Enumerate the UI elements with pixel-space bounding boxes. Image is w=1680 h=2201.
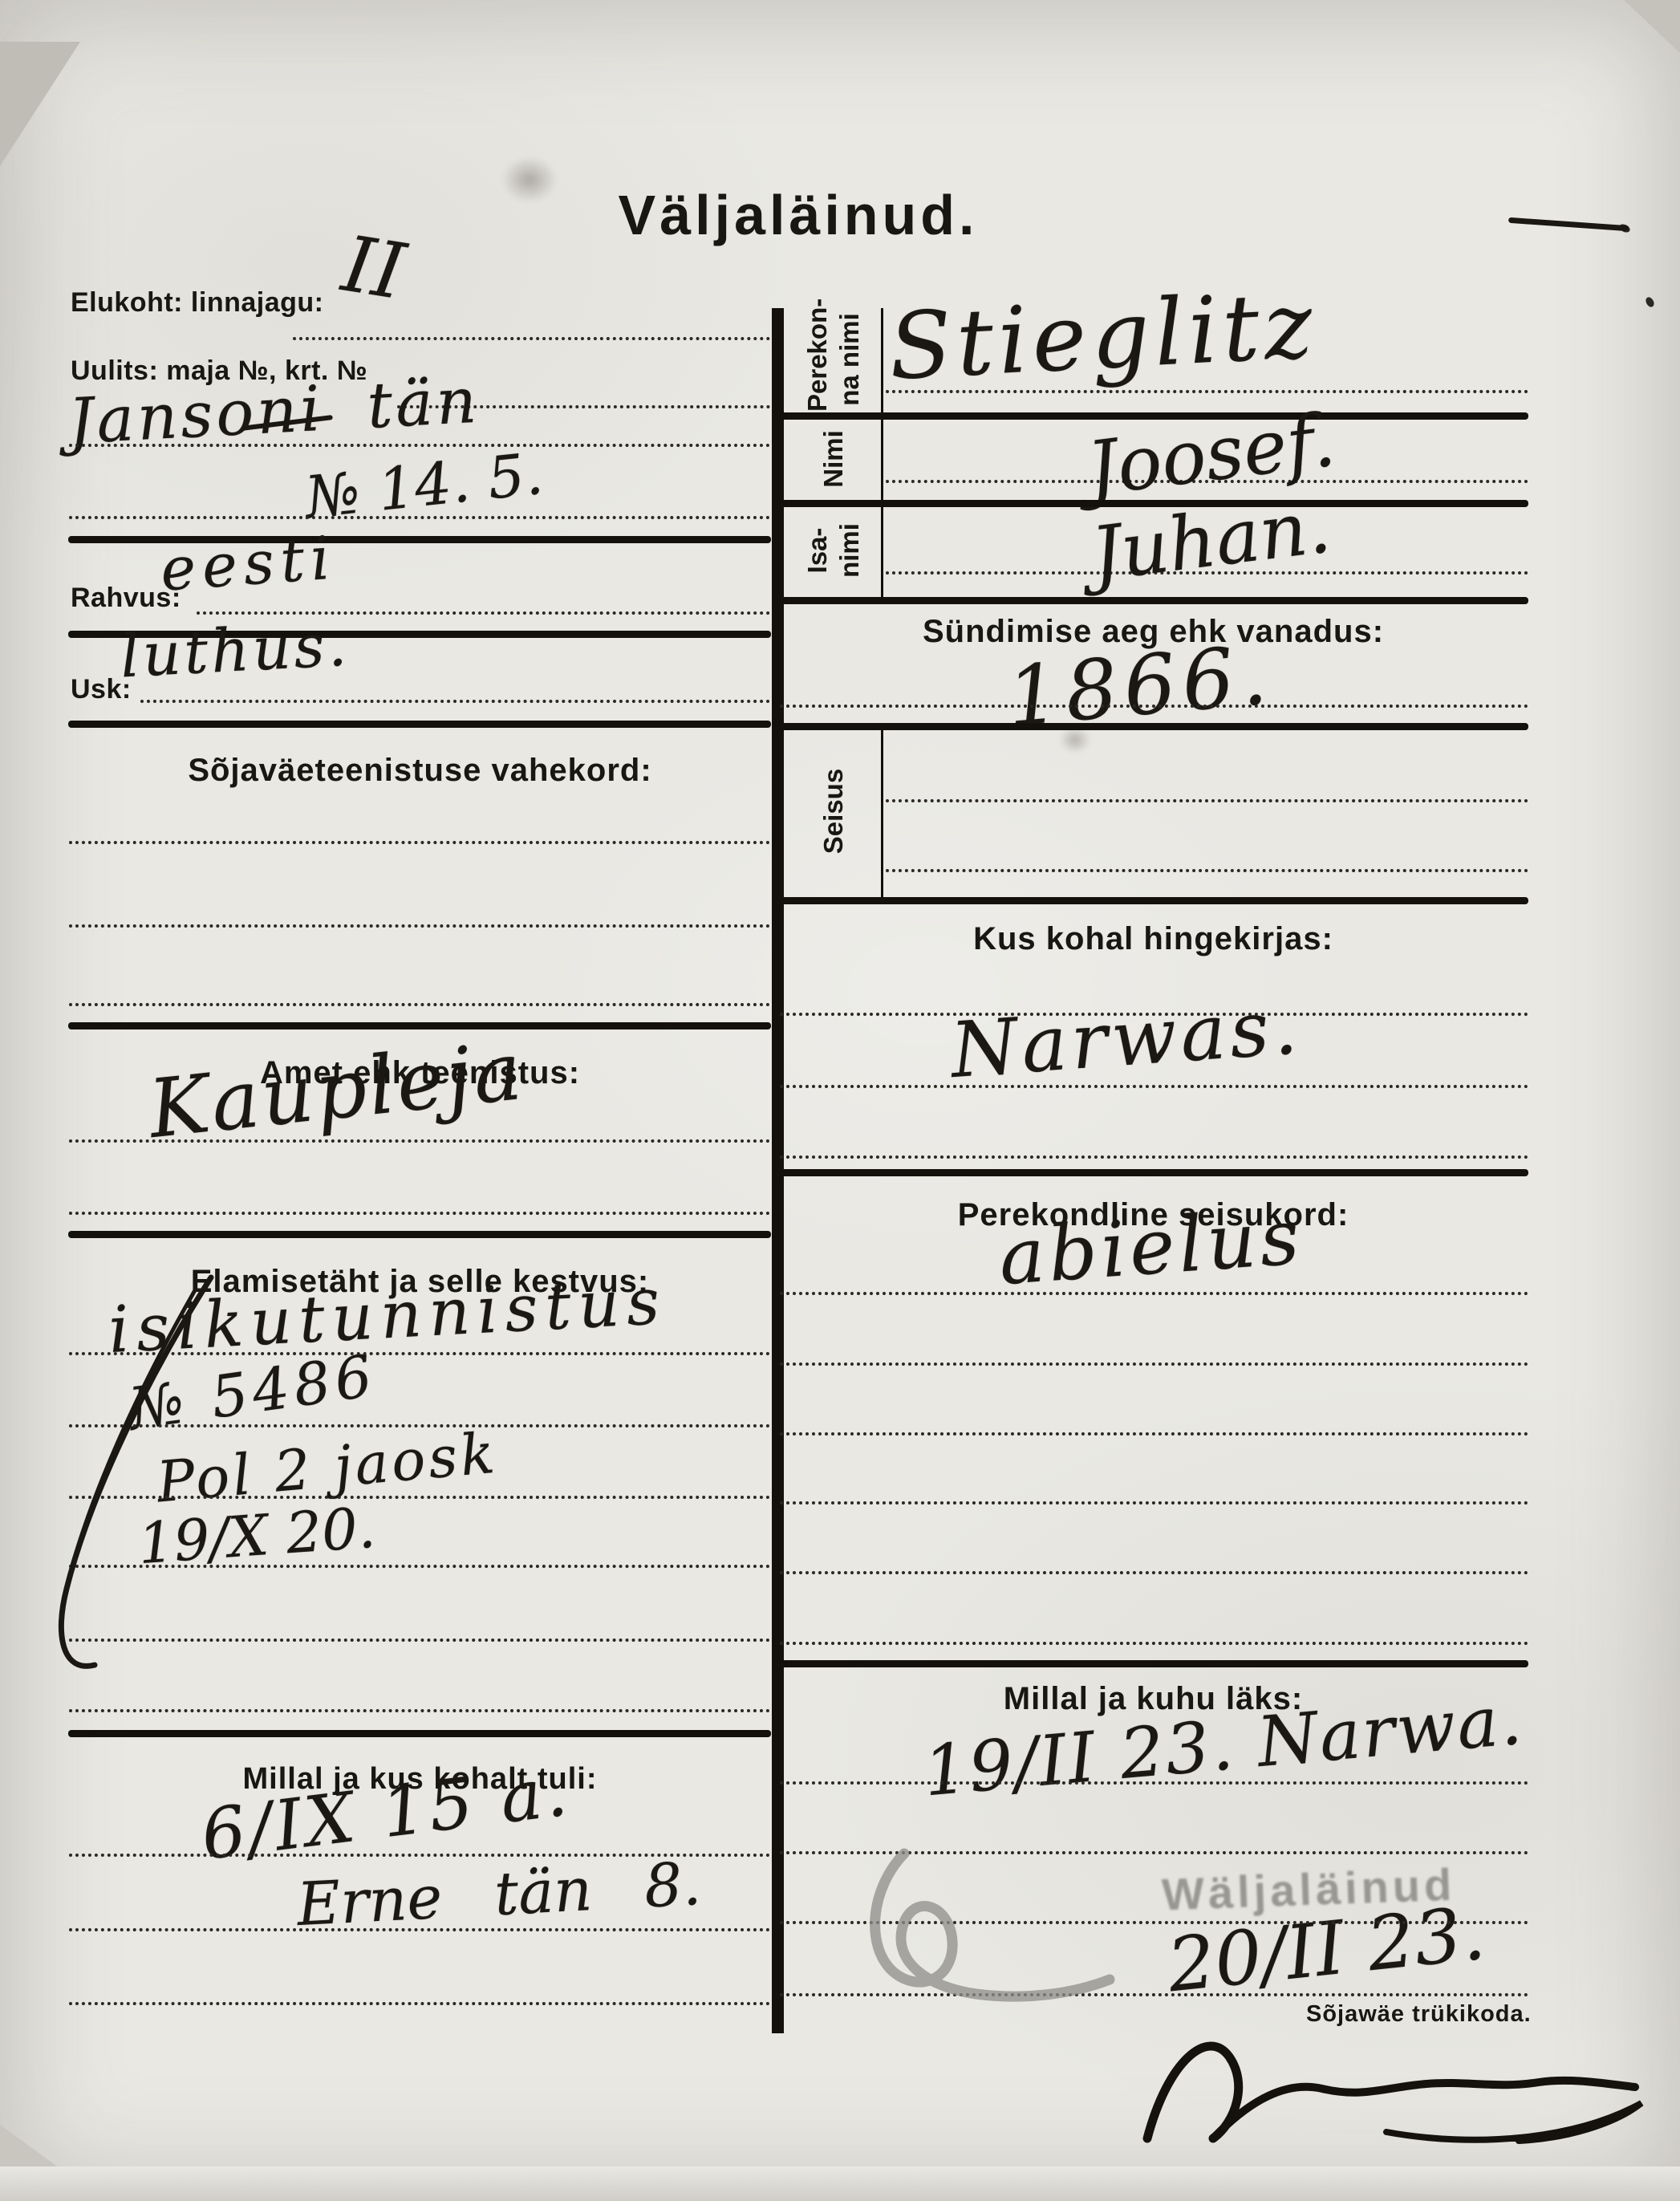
dotted-line [69, 1709, 770, 1712]
dotted-line [780, 1501, 1528, 1505]
dotted-line [886, 869, 1528, 872]
dotted-line [69, 924, 770, 928]
dotted-line [69, 841, 770, 844]
rule-line [772, 1169, 1528, 1176]
dotted-line [780, 705, 1528, 708]
dotted-line [69, 2002, 770, 2005]
religion-value-handwriting: luthus. [119, 611, 351, 692]
pencil-scribble [838, 1842, 1123, 2014]
surname-value-handwriting: Stieglitz [887, 271, 1320, 400]
dotted-line [69, 516, 770, 519]
form-title: Väljaläinud. [68, 183, 1528, 247]
first-name-label: Nimi [818, 420, 850, 498]
dotted-line [69, 444, 770, 447]
label-cell-divider [881, 308, 883, 597]
parish-register-value-handwriting: Narwas. [948, 983, 1305, 1095]
dotted-line [780, 1571, 1528, 1574]
dotted-line [140, 700, 770, 703]
signature [1122, 2010, 1655, 2150]
nationality-value-handwriting: eesti [158, 523, 338, 604]
rule-line [68, 1231, 771, 1238]
surname-label-line: na nimi [834, 307, 866, 412]
rule-line [68, 721, 771, 728]
dotted-line [293, 337, 770, 340]
corner-cut-top-right [1624, 0, 1680, 53]
dotted-line [780, 1781, 1528, 1785]
registration-card-scan: Väljaläinud. Elukoht: linnajagu: II Uuli… [0, 0, 1680, 2201]
dotted-line [69, 1212, 770, 1215]
residence-label: Elukoht: linnajagu: [71, 287, 323, 319]
dotted-line [69, 1003, 770, 1006]
occupation-value-handwriting: Kaupleja [144, 1024, 528, 1156]
father-name-label-line: nimi [834, 505, 866, 596]
rule-line [772, 1660, 1528, 1667]
dotted-line [69, 1139, 770, 1143]
military-service-label: Sõjaväeteenistuse vahekord: [68, 753, 772, 789]
dotted-line [69, 1928, 770, 1931]
label-cell-divider [881, 726, 883, 897]
dotted-line [780, 1642, 1528, 1645]
status-label: Seisus [818, 726, 850, 896]
pen-flourish [30, 1268, 231, 1685]
residence-value-handwriting: II [337, 219, 411, 317]
father-name-label-line: Isa- [801, 505, 834, 596]
dotted-line [780, 1432, 1528, 1436]
arrival-place-handwriting: Erne tän 8. [295, 1850, 703, 1939]
rule-line [68, 1022, 771, 1029]
rule-line [772, 897, 1528, 904]
surname-label: Perekon- na nimi [801, 307, 866, 412]
dotted-line [886, 799, 1528, 802]
rule-line [772, 723, 1528, 730]
dotted-line [780, 1155, 1528, 1159]
dotted-line [780, 1085, 1528, 1088]
bottom-edge-shadow [0, 2166, 1680, 2201]
dotted-line [780, 1362, 1528, 1366]
rule-line [772, 597, 1528, 604]
corner-cut-top-left [0, 42, 80, 166]
father-name-label: Isa- nimi [801, 505, 866, 596]
surname-label-line: Perekon- [801, 307, 834, 412]
ink-speck [1644, 296, 1655, 309]
rule-line [68, 1730, 771, 1737]
parish-register-label: Kus kohal hingekirjas: [778, 921, 1528, 957]
dotted-line [780, 1292, 1528, 1295]
